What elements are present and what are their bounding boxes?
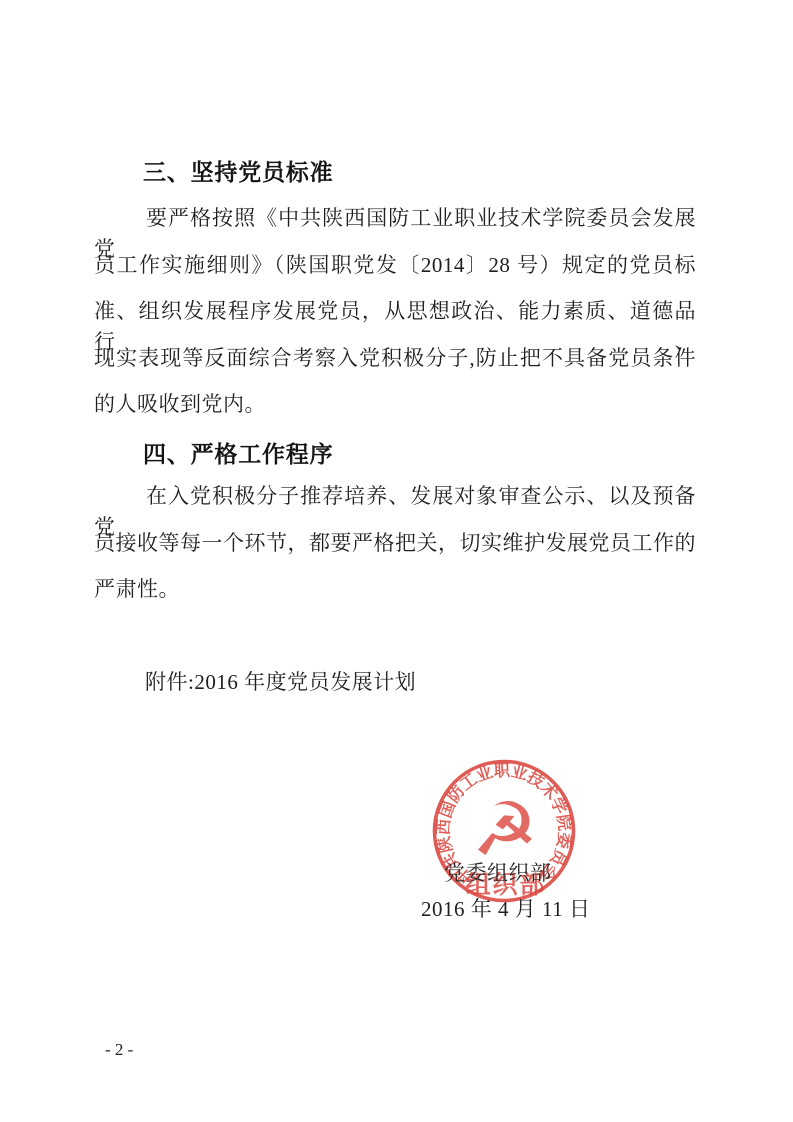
paragraph-line: 在入党积极分子推荐培养、发展对象审查公示、以及预备党 (94, 481, 696, 528)
paragraph-line: 员接收等每一个环节，都要严格把关，切实维护发展党员工作的 (94, 528, 696, 575)
page-number: - 2 - (105, 1040, 133, 1060)
paragraph-line: 准、组织发展程序发展党员，从思想政治、能力素质、道德品行、 (94, 296, 696, 343)
section-heading-3: 三、坚持党员标准 (143, 154, 333, 187)
official-seal: 中共陕西国防工业职业技术学院委员会 ☭ 组织部 (419, 746, 589, 916)
paragraph-line: 现实表现等反面综合考察入党积极分子,防止把不具备党员条件 (94, 343, 696, 390)
paragraph-1: 要严格按照《中共陕西国防工业职业技术学院委员会发展党 员工作实施细则》（陕国职党… (94, 203, 696, 436)
document-page: 三、坚持党员标准 要严格按照《中共陕西国防工业职业技术学院委员会发展党 员工作实… (0, 0, 793, 1122)
signature-department: 党委组织部 (444, 857, 552, 887)
paragraph-line: 的人吸收到党内。 (94, 389, 696, 436)
signature-date: 2016 年 4 月 11 日 (421, 893, 590, 923)
paragraph-line: 严肃性。 (94, 574, 696, 621)
paragraph-line: 员工作实施细则》（陕国职党发〔2014〕28 号）规定的党员标 (94, 250, 696, 297)
paragraph-2: 在入党积极分子推荐培养、发展对象审查公示、以及预备党 员接收等每一个环节，都要严… (94, 481, 696, 621)
section-heading-4: 四、严格工作程序 (143, 436, 333, 469)
attachment-note: 附件:2016 年度党员发展计划 (145, 666, 416, 696)
paragraph-line: 要严格按照《中共陕西国防工业职业技术学院委员会发展党 (94, 203, 696, 250)
